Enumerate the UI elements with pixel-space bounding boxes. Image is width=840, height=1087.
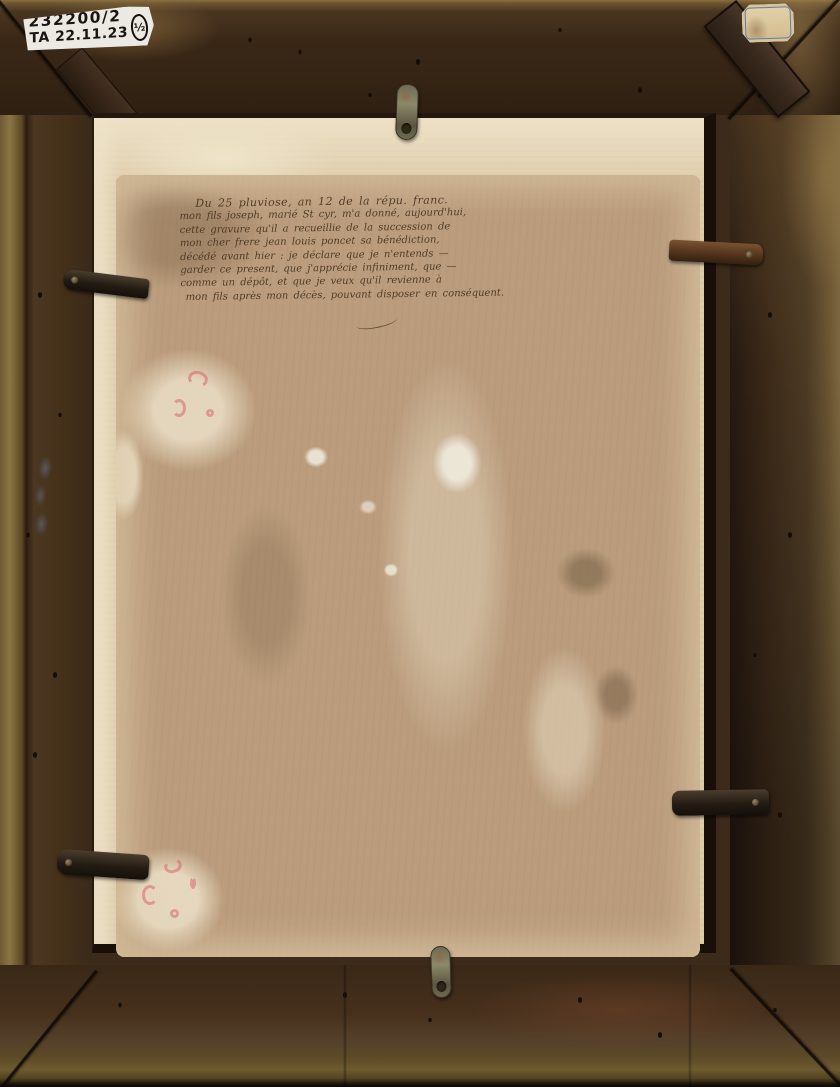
corner-label-face — [744, 6, 791, 40]
retaining-clip-right-lower — [672, 789, 769, 816]
hanging-loop-top — [395, 84, 419, 141]
handwritten-inscription: Du 25 pluviose, an 12 de la répu. franc.… — [179, 193, 480, 304]
backing-board: Du 25 pluviose, an 12 de la répu. franc.… — [92, 113, 716, 953]
corner-label — [741, 3, 794, 43]
hanging-loop-bottom — [430, 946, 452, 999]
frame-bottom-rail — [0, 965, 840, 1087]
red-chalk-mark-upper — [162, 365, 237, 445]
frame-right-rail — [730, 115, 840, 965]
artwork-verso-photo: Du 25 pluviose, an 12 de la répu. franc.… — [0, 0, 840, 1087]
